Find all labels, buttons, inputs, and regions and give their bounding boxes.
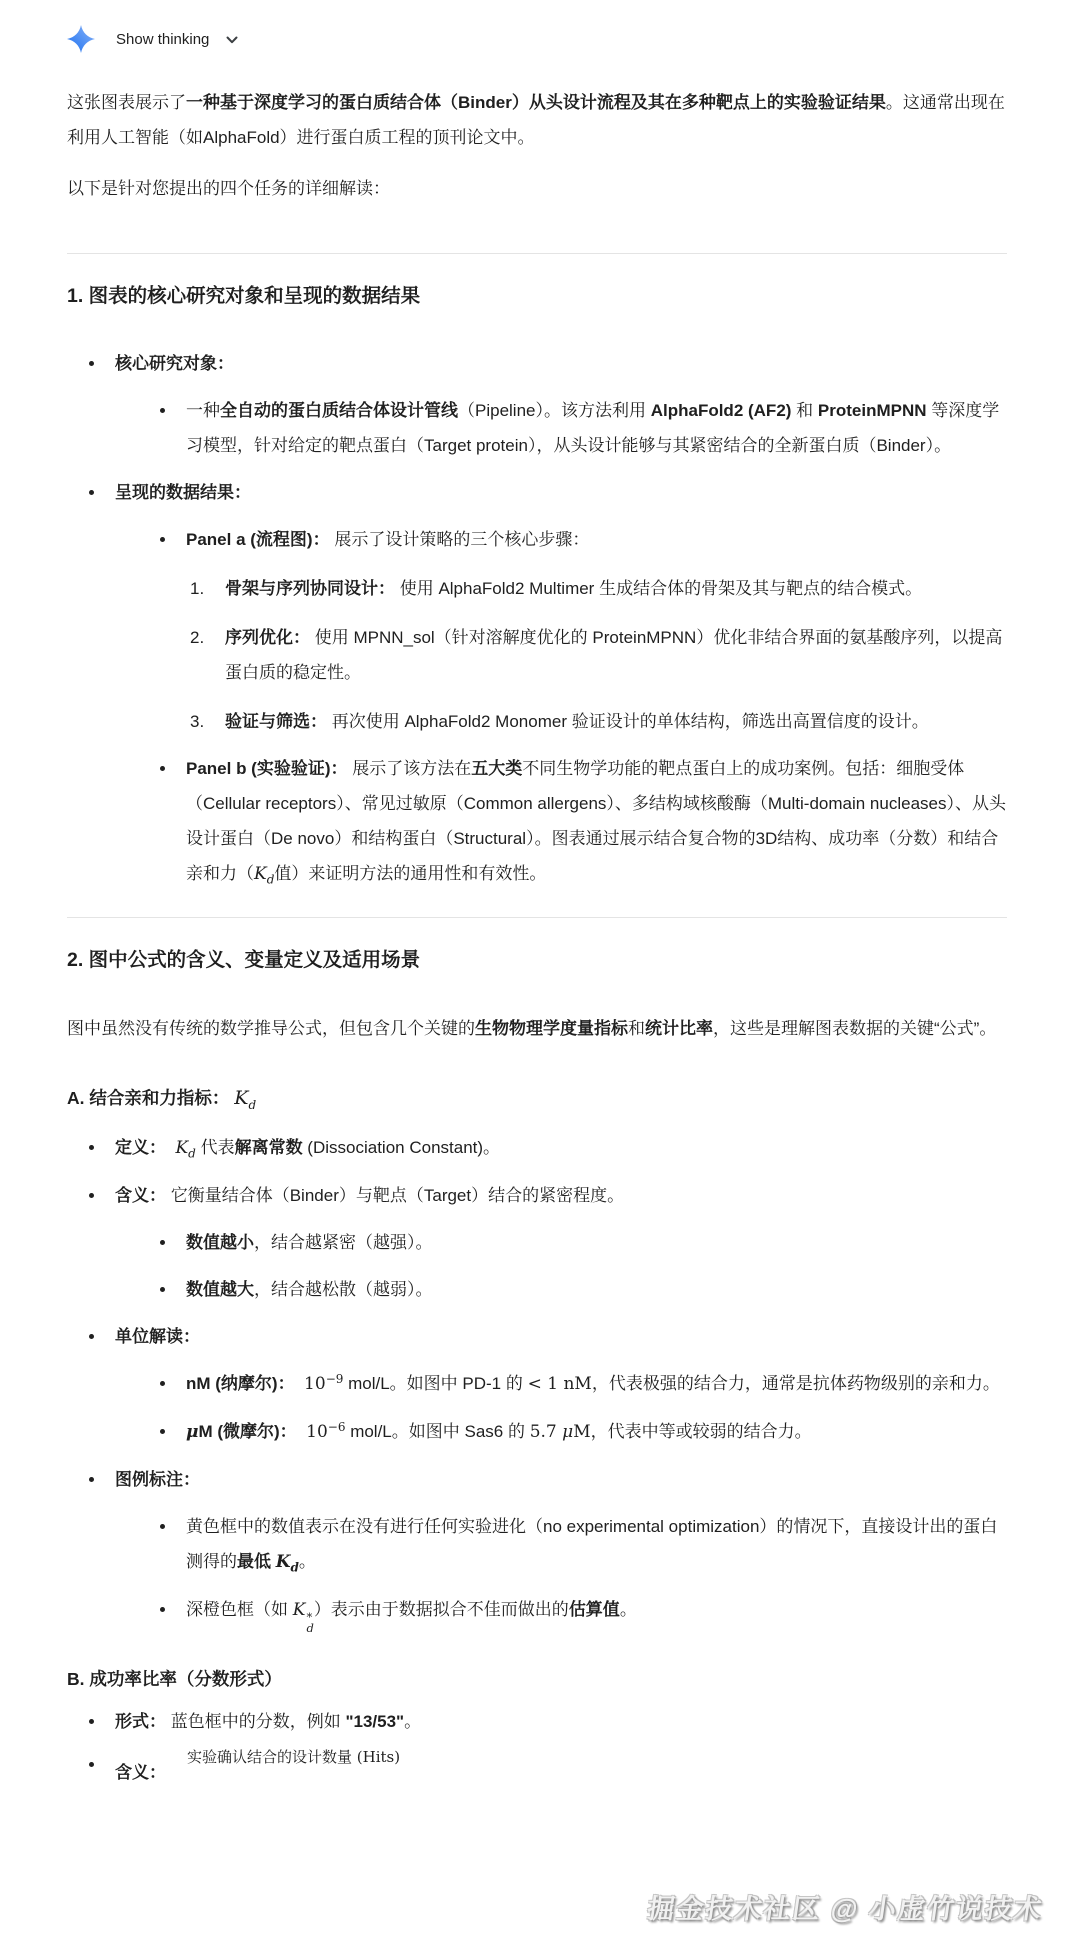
subsection-a-heading: A. 结合亲和力指标： Kd <box>67 1083 1007 1114</box>
item-bold: 解离常数 <box>235 1138 303 1157</box>
item-text: 图中虽然没有传统的数学推导公式，但包含几个关键的 <box>67 1019 475 1038</box>
item-text: ，这些是理解图表数据的关键“公式”。 <box>713 1019 996 1038</box>
item-label: 单位解读： <box>115 1327 200 1346</box>
tasks-intro: 以下是针对您提出的四个任务的详细解读： <box>67 171 1007 206</box>
item-bold: 骨架与序列协同设计： <box>225 579 395 598</box>
item-text: ，代表中等或较弱的结合力。 <box>591 1422 812 1441</box>
item-text: 展示了该方法在 <box>348 759 472 778</box>
item-number: 3. <box>190 704 204 739</box>
item-bold: 最低 <box>237 1552 276 1571</box>
list-item-yellow-box: 黄色框中的数值表示在没有进行任何实验进化（no experimental opt… <box>67 1509 1007 1580</box>
divider <box>67 917 1007 918</box>
list-item-nm: nM (纳摩尔)： 10−9 mol/L。如图中 PD-1 的 < 1 nM，代… <box>67 1366 1007 1402</box>
watermark: 掘金技术社区 @ 小虚竹说技术 <box>645 1887 1046 1926</box>
math-value: M <box>573 1422 590 1442</box>
item-number: 1. <box>190 571 204 606</box>
item-text: 和 <box>791 401 817 420</box>
section2-paragraph: 图中虽然没有传统的数学推导公式，但包含几个关键的生物物理学度量指标和统计比率，这… <box>67 1011 1007 1046</box>
math-exponent: −9 <box>326 1372 344 1386</box>
item-text: 和 <box>628 1019 645 1038</box>
math-value: < 1 nM <box>528 1374 592 1394</box>
list-item-legend: 图例标注： <box>67 1462 1007 1497</box>
item-bold: "13/53" <box>345 1712 404 1731</box>
item-text: 。 <box>404 1712 421 1731</box>
list-item-smaller: 数值越小，结合越紧密（越强）。 <box>67 1225 1007 1260</box>
item-bold: M (微摩尔)： <box>198 1422 296 1441</box>
item-text: 。 <box>620 1600 637 1619</box>
intro-paragraph: 这张图表展示了一种基于深度学习的蛋白质结合体（Binder）从头设计流程及其在多… <box>67 85 1007 155</box>
show-thinking-toggle[interactable]: Show thinking <box>67 24 1007 54</box>
section1-heading: 1. 图表的核心研究对象和呈现的数据结果 <box>67 281 1007 311</box>
item-text: 一种 <box>186 401 220 420</box>
item-bold: ProteinMPNN <box>818 401 927 420</box>
item-label: 图例标注： <box>115 1470 200 1489</box>
item-bold: 统计比率 <box>645 1019 713 1038</box>
numbered-item-1: 1.骨架与序列协同设计： 使用 AlphaFold2 Multimer 生成结合… <box>67 571 1007 606</box>
item-label: 核心研究对象： <box>115 354 234 373</box>
item-text: 深橙色框（如 <box>186 1600 293 1619</box>
intro-text: 这张图表展示了 <box>67 93 186 112</box>
item-bold: 定义： <box>115 1138 166 1157</box>
item-text: 蓝色框中的分数，例如 <box>166 1712 345 1731</box>
divider <box>67 253 1007 254</box>
item-bold: 序列优化： <box>225 628 310 647</box>
kd-symbol: Kd <box>254 864 274 883</box>
math-base: 10 <box>304 1374 326 1394</box>
kd-symbol: Kd <box>234 1088 256 1109</box>
item-text: mol/L。如图中 Sas6 的 <box>345 1422 529 1441</box>
math-base: 10 <box>306 1422 328 1442</box>
item-text: 使用 AlphaFold2 Multimer 生成结合体的骨架及其与靶点的结合模… <box>395 579 922 598</box>
mu-symbol: μ <box>186 1422 198 1442</box>
list-item-larger: 数值越大，结合越松散（越弱）。 <box>67 1272 1007 1307</box>
list-item-results: 呈现的数据结果： <box>67 475 1007 510</box>
list-item-orange-box: 深橙色框（如 K*d）表示由于数据拟合不佳而做出的估算值。 <box>67 1592 1007 1634</box>
item-text: 。 <box>299 1552 316 1571</box>
item-bold: 验证与筛选： <box>225 712 327 731</box>
math-value: 5.7 <box>530 1422 562 1442</box>
item-bold: 含义： <box>115 1186 166 1205</box>
item-text: ，结合越紧密（越强）。 <box>254 1233 433 1252</box>
mu-symbol: μ <box>562 1422 573 1442</box>
list-item-units: 单位解读： <box>67 1319 1007 1354</box>
item-text: ，代表极强的结合力，通常是抗体药物级别的亲和力。 <box>592 1374 1000 1393</box>
item-text: 再次使用 AlphaFold2 Monomer 验证设计的单体结构，筛选出高置信… <box>327 712 929 731</box>
item-bold: 数值越大 <box>186 1280 254 1299</box>
item-bold: Panel a (流程图)： <box>186 530 330 549</box>
gemini-sparkle-icon <box>67 25 95 53</box>
item-bold: 生物物理学度量指标 <box>475 1019 628 1038</box>
item-text: 值）来证明方法的通用性和有效性。 <box>274 864 546 883</box>
item-text: 代表 <box>196 1138 235 1157</box>
item-text: （Pipeline）。该方法利用 <box>458 401 651 420</box>
kd-symbol: Kd <box>276 1552 299 1571</box>
item-label: 呈现的数据结果： <box>115 483 251 502</box>
chat-response: Show thinking 这张图表展示了一种基于深度学习的蛋白质结合体（Bin… <box>0 0 1071 1790</box>
fraction: 实验确认结合的设计数量 (Hits) <box>184 1747 403 1767</box>
list-item-meaning-fraction: 含义： 实验确认结合的设计数量 (Hits) <box>67 1747 1007 1790</box>
list-item-form: 形式： 蓝色框中的分数，例如 "13/53"。 <box>67 1704 1007 1739</box>
fraction-numerator: 实验确认结合的设计数量 (Hits) <box>184 1747 403 1767</box>
section2-heading: 2. 图中公式的含义、变量定义及适用场景 <box>67 945 1007 975</box>
list-item-panel-b: Panel b (实验验证)： 展示了该方法在五大类不同生物学功能的靶点蛋白上的… <box>67 751 1007 892</box>
subsection-b-heading: B. 成功率比率（分数形式） <box>67 1664 1007 1694</box>
intro-bold: 一种基于深度学习的蛋白质结合体（Binder）从头设计流程及其在多种靶点上的实验… <box>186 93 886 112</box>
item-bold: AlphaFold2 (AF2) <box>651 401 792 420</box>
list-item-um: μM (微摩尔)： 10−6 mol/L。如图中 Sas6 的 5.7 μM，代… <box>67 1414 1007 1450</box>
item-bold: 数值越小 <box>186 1233 254 1252</box>
list-item-definition: 定义： Kd 代表解离常数 (Dissociation Constant)。 <box>67 1130 1007 1166</box>
chevron-down-icon[interactable] <box>224 32 240 48</box>
item-text: mol/L。如图中 PD-1 的 <box>343 1374 527 1393</box>
math-exponent: −6 <box>328 1420 346 1434</box>
list-item-meaning: 含义： 它衡量结合体（Binder）与靶点（Target）结合的紧密程度。 <box>67 1178 1007 1213</box>
list-item-panel-a: Panel a (流程图)： 展示了设计策略的三个核心步骤： <box>67 522 1007 557</box>
item-bold: 含义： <box>115 1755 166 1790</box>
item-text: ）表示由于数据拟合不佳而做出的 <box>314 1600 569 1619</box>
numbered-item-2: 2.序列优化： 使用 MPNN_sol（针对溶解度优化的 ProteinMPNN… <box>67 620 1007 690</box>
item-text: ，结合越松散（越弱）。 <box>254 1280 433 1299</box>
item-number: 2. <box>190 620 204 655</box>
item-text: 展示了设计策略的三个核心步骤： <box>330 530 590 549</box>
item-bold: 形式： <box>115 1712 166 1731</box>
numbered-item-3: 3.验证与筛选： 再次使用 AlphaFold2 Monomer 验证设计的单体… <box>67 704 1007 739</box>
list-item-core-subject: 核心研究对象： <box>67 346 1007 381</box>
item-bold: 五大类 <box>471 759 522 778</box>
kd-star-symbol: K*d <box>293 1600 314 1619</box>
kd-symbol: Kd <box>175 1138 195 1157</box>
item-bold: Panel b (实验验证)： <box>186 759 348 778</box>
item-bold: 全自动的蛋白质结合体设计管线 <box>220 401 458 420</box>
list-item-pipeline: 一种全自动的蛋白质结合体设计管线（Pipeline）。该方法利用 AlphaFo… <box>67 393 1007 463</box>
item-text: (Dissociation Constant)。 <box>303 1138 500 1157</box>
item-bold: 估算值 <box>569 1600 620 1619</box>
item-text: 它衡量结合体（Binder）与靶点（Target）结合的紧密程度。 <box>166 1186 624 1205</box>
item-text: 使用 MPNN_sol（针对溶解度优化的 ProteinMPNN）优化非结合界面… <box>225 628 1002 682</box>
show-thinking-label: Show thinking <box>116 31 209 48</box>
item-bold: nM (纳摩尔)： <box>186 1374 295 1393</box>
